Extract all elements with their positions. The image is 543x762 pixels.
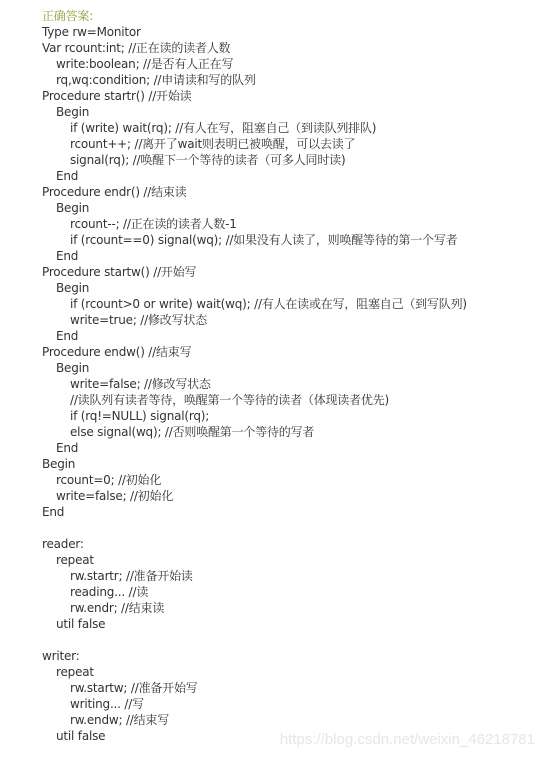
end-keyword: End	[42, 248, 467, 264]
code-line: write=false; //初始化	[42, 488, 467, 504]
code-line: writing... //写	[42, 696, 467, 712]
init-begin: Begin	[42, 456, 467, 472]
begin-keyword: Begin	[42, 360, 467, 376]
code-line: if (rcount>0 or write) wait(wq); //有人在读或…	[42, 296, 467, 312]
writer-label: writer:	[42, 648, 467, 664]
code-line: write=false; //修改写状态	[42, 376, 467, 392]
spacer	[42, 520, 467, 536]
code-line: rcount=0; //初始化	[42, 472, 467, 488]
code-line: else signal(wq); //否则唤醒第一个等待的写者	[42, 424, 467, 440]
init-end: End	[42, 504, 467, 520]
begin-keyword: Begin	[42, 200, 467, 216]
code-line: if (rq!=NULL) signal(rq);	[42, 408, 467, 424]
type-declaration: Type rw=Monitor	[42, 24, 467, 40]
code-line: rcount--; //正在读的读者人数-1	[42, 216, 467, 232]
end-keyword: End	[42, 440, 467, 456]
code-line: signal(rq); //唤醒下一个等待的读者（可多人同时读)	[42, 152, 467, 168]
procedure-header-startw: Procedure startw() //开始写	[42, 264, 467, 280]
answer-content: 正确答案: Type rw=Monitor Var rcount:int; //…	[42, 8, 467, 744]
code-line: rw.startr; //准备开始读	[42, 568, 467, 584]
code-line: if (write) wait(rq); //有人在写，阻塞自己（到读队列排队)	[42, 120, 467, 136]
code-line: rcount++; //离开了wait则表明已被唤醒，可以去读了	[42, 136, 467, 152]
code-line: reading... //读	[42, 584, 467, 600]
procedure-header-endw: Procedure endw() //结束写	[42, 344, 467, 360]
procedure-header-endr: Procedure endr() //结束读	[42, 184, 467, 200]
code-line: rw.endr; //结束读	[42, 600, 467, 616]
repeat-keyword: repeat	[42, 552, 467, 568]
code-line: write=true; //修改写状态	[42, 312, 467, 328]
code-line: rw.startw; //准备开始写	[42, 680, 467, 696]
spacer	[42, 632, 467, 648]
var-declaration: write:boolean; //是否有人正在写	[42, 56, 467, 72]
end-keyword: End	[42, 168, 467, 184]
end-keyword: End	[42, 328, 467, 344]
code-line: if (rcount==0) signal(wq); //如果没有人读了，则唤醒…	[42, 232, 467, 248]
watermark: https://blog.csdn.net/weixin_46218781	[280, 731, 535, 748]
repeat-keyword: repeat	[42, 664, 467, 680]
until-keyword: util false	[42, 616, 467, 632]
var-declaration: Var rcount:int; //正在读的读者人数	[42, 40, 467, 56]
begin-keyword: Begin	[42, 280, 467, 296]
var-declaration: rq,wq:condition; //申请读和写的队列	[42, 72, 467, 88]
begin-keyword: Begin	[42, 104, 467, 120]
code-line: rw.endw; //结束写	[42, 712, 467, 728]
reader-label: reader:	[42, 536, 467, 552]
procedure-header-startr: Procedure startr() //开始读	[42, 88, 467, 104]
answer-title: 正确答案:	[42, 8, 467, 24]
code-line: //读队列有读者等待，唤醒第一个等待的读者（体现读者优先)	[42, 392, 467, 408]
